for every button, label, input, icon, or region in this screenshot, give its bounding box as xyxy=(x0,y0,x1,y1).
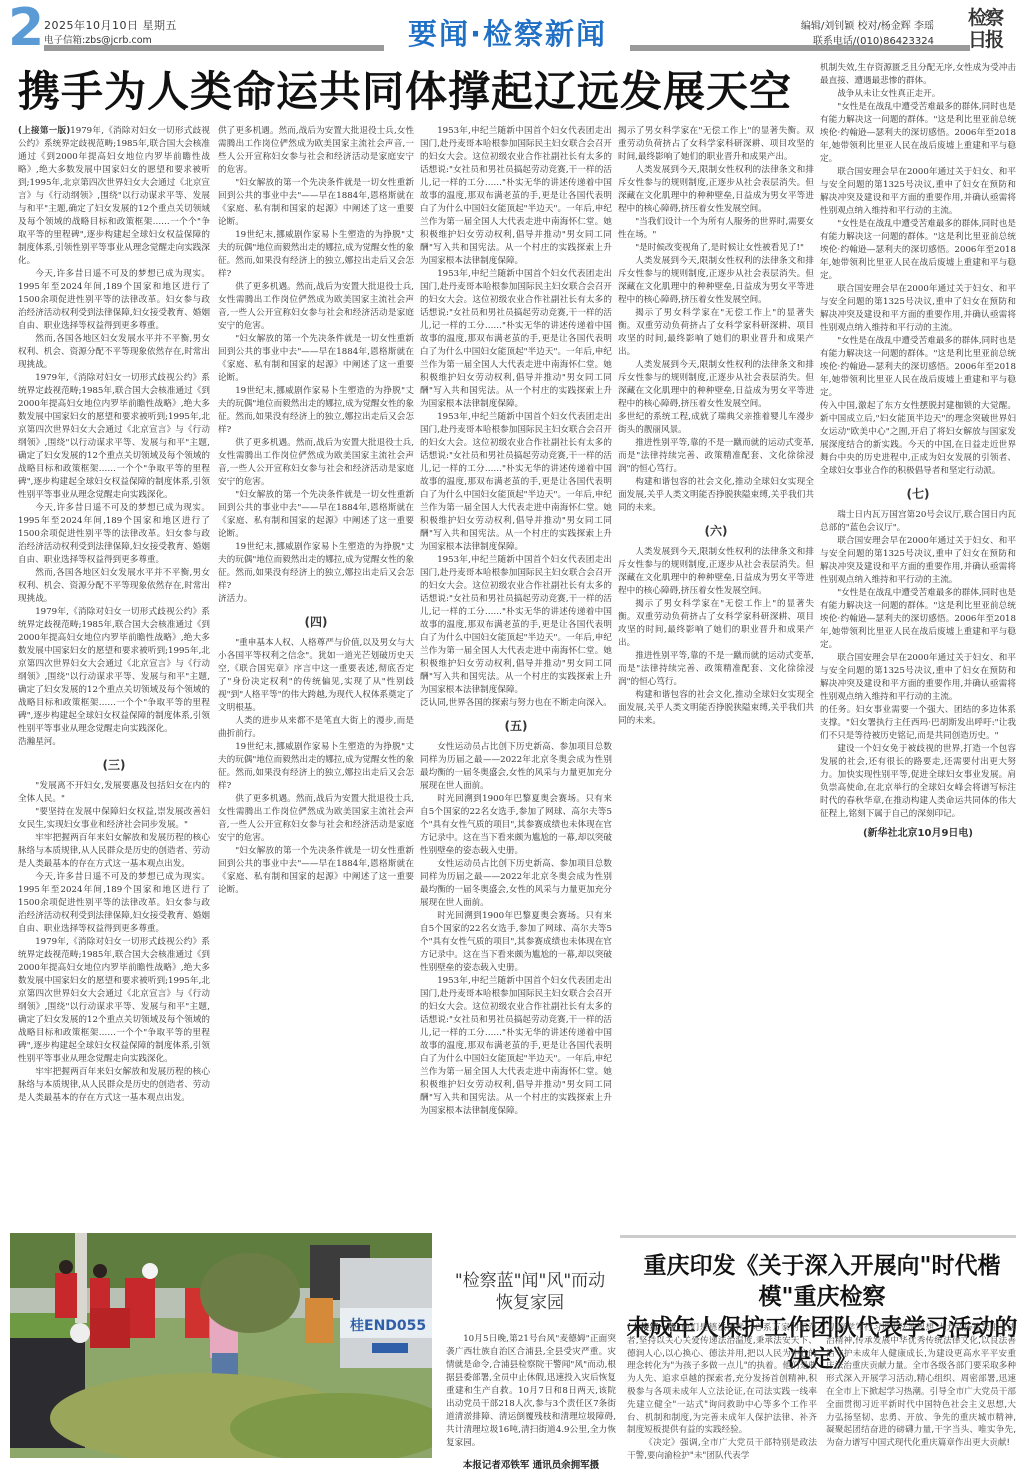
photo-story-body: 10月5日晚,第21号台风"麦德姆"正面突袭广西壮族自治区合浦县,全县受灾严重。… xyxy=(446,1333,616,1450)
paragraph: "女性是在战乱中遭受苦难最多的群体,同时也是有能力解决这一问题的群体。"这是利比… xyxy=(820,335,1016,400)
paragraph: 建设一个妇女免于被歧视的世界,打造一个包容发展的社会,还有很长的路要走,还需要付… xyxy=(820,743,1016,821)
paragraph: 机制失效,生存资源匮乏且分配无序,女性成为受冲击最直接、遭遇最悲惨的群体。 xyxy=(820,62,1016,88)
paragraph: 牢牢把握两百年来妇女解放和发展历程的核心脉络与本质规律,从人民群众是历史的创造者… xyxy=(18,1066,210,1105)
paragraph: "是时候改变视角了,是时候让女性被看见了!" xyxy=(618,242,814,255)
paragraph: 战争从未让女性真正走开。 xyxy=(820,88,1016,101)
paragraph: 1953年,申纪兰随新中国首个妇女代表团走出国门,赴丹麦哥本哈根参加国际民主妇女… xyxy=(420,975,612,1118)
paragraph: "女性是在战乱中遭受苦难最多的群体,同时也是有能力解决这一问题的群体。"这是利比… xyxy=(820,101,1016,166)
email-address: 电子信箱:zbs@jcrb.com xyxy=(44,32,152,46)
paragraph: 19世纪末,挪威剧作家易卜生塑造的为挣脱"丈夫的玩偶"地位而毅然出走的娜拉,成为… xyxy=(218,741,414,793)
paragraph: 1953年,申纪兰随新中国首个妇女代表团走出国门,赴丹麦哥本哈根参加国际民主妇女… xyxy=(420,125,612,268)
paragraph: 联合国安理会早在2000年通过关于妇女、和平与安全问题的第1325号决议,重申了… xyxy=(820,166,1016,218)
paragraph: 人类发展到今天,限制女性权利的法律条文和排斥女性参与的规则制度,正逐步从社会表层… xyxy=(618,359,814,411)
paragraph: 1979年,《消除对妇女一切形式歧视公约》系统界定歧视范畴;1985年,联合国大… xyxy=(18,372,210,502)
photo-illustration-icon: 桂END055 xyxy=(10,1233,432,1458)
paragraph: 浩瀚星河。 xyxy=(18,736,210,749)
paragraph: 供了更多机遇。然而,战后为安置大批退役士兵,女性需腾出工作岗位俨然成为欧美国家主… xyxy=(218,125,414,177)
paragraph: 联合国安理会早在2000年通过关于妇女、和平与安全问题的第1325号决议,重申了… xyxy=(820,283,1016,335)
paragraph: 人类发展到今天,限制女性权利的法律条文和排斥女性参与的规则制度,正逐步从社会表层… xyxy=(618,255,814,307)
news-photo: 桂END055 xyxy=(10,1233,432,1458)
paragraph: 19世纪末,挪威剧作家易卜生塑造的为挣脱"丈夫的玩偶"地位而毅然出走的娜拉,成为… xyxy=(218,385,414,437)
continued-label: (上接第一版) xyxy=(18,126,70,136)
masthead: 2 2025年10月10日 星期五 电子信箱:zbs@jcrb.com 要闻·检… xyxy=(0,0,1024,56)
section-subhead-4: (四) xyxy=(218,616,414,629)
paragraph: 构建和谐包容的社会文化,推动全球妇女实现全面发展,关乎人类文明能否挣脱狭隘束缚,… xyxy=(618,476,814,515)
photo-byline: 本报记者邓铁军 通讯员余拥军摄 xyxy=(446,1457,616,1471)
continued-label: (上接第一版) xyxy=(627,1323,681,1333)
paragraph: "重申基本人权、人格尊严与价值,以及男女与大小各国平等权利之信念"。犹如一道光芒… xyxy=(218,637,414,715)
editor-credits: 编辑/刘钊颖 校对/杨金辉 李瑶 xyxy=(801,17,934,32)
paragraph: 时光回溯到1900年巴黎夏奥会赛场。只有来自5个国家的22名女选手,参加了网球、… xyxy=(420,793,612,858)
paragraph: 揭示了男女科学家在"无偿工作上"的显著失衡。双重劳动负荷挤占了女科学家科研深耕、… xyxy=(618,598,814,650)
logo-text: 检察日报 xyxy=(968,7,1002,51)
paragraph: 19世纪末,挪威剧作家易卜生塑造的为挣脱"丈夫的玩偶"地位而毅然出走的娜拉,成为… xyxy=(218,229,414,281)
section-subhead-6: (六) xyxy=(618,525,814,538)
dateline: (新华社北京10月9日电) xyxy=(820,827,1016,840)
paragraph: 人类发展到今天,限制女性权利的法律条文和排斥女性参与的规则制度,正逐步从社会表层… xyxy=(618,164,814,216)
paragraph: 联合国安理会早在2000年通过关于妇女、和平与安全问题的第1325号决议,重申了… xyxy=(820,652,1016,704)
paragraph: 瑞士日内瓦万国宫第20号会议厅,联合国日内瓦总部的"蓝色会议厅"。 xyxy=(820,509,1016,535)
article-column-5: 机制失效,生存资源匮乏且分配无序,女性成为受冲击最直接、遭遇最悲惨的群体。 战争… xyxy=(820,62,1016,1230)
photo-story-title-line2: 恢复家园 xyxy=(444,1292,616,1314)
paragraph: 10月5日晚,第21号台风"麦德姆"正面突袭广西壮族自治区合浦县,全县受灾严重。… xyxy=(446,1333,616,1450)
article-column-2: 供了更多机遇。然而,战后为安置大批退役士兵,女性需腾出工作岗位俨然成为欧美国家主… xyxy=(218,125,414,1225)
page-number: 2 xyxy=(8,2,44,54)
paragraph: 多世纪的系统工程,成就了瑞典父亲推着婴儿车漫步街头的靓丽风景。 xyxy=(618,411,814,437)
paragraph: "当我们设计一个为所有人服务的世界时,需要女性在场。" xyxy=(618,216,814,242)
issue-date: 2025年10月10日 星期五 xyxy=(44,17,177,33)
story2-column-1: (上接第一版)他们是德法相伴、心系万家的示范者,坚持以关心关爱传递法治温度,秉承… xyxy=(627,1322,817,1463)
paragraph: 供了更多机遇。然而,战后为安置大批退役士兵,女性需腾出工作岗位俨然成为欧美国家主… xyxy=(218,793,414,845)
section-divider xyxy=(620,1235,1016,1238)
paragraph: 供了更多机遇。然而,战后为安置大批退役士兵,女性需腾出工作岗位俨然成为欧美国家主… xyxy=(218,437,414,489)
svg-text:桂END055: 桂END055 xyxy=(350,1317,426,1334)
paragraph: 人类发展到今天,限制女性权利的法律条文和排斥女性参与的规则制度,正逐步从社会表层… xyxy=(618,546,814,598)
paragraph: 济活力。 xyxy=(218,593,414,606)
paragraph: 的任务。妇女事业需要一个强大、团结的多边体系支撑。"妇女署执行主任西玛·巴胡斯发… xyxy=(820,704,1016,743)
section-subhead-3: (三) xyxy=(18,759,210,772)
paragraph: 传入中国,激起了东方女性摆脱封建枷锁的大觉醒。新中国成立后,"妇女能顶半边天"的… xyxy=(820,400,1016,478)
paragraph: 今天,许多昔日遥不可及的梦想已成为现实。1995年至2024年间,189个国家和… xyxy=(18,502,210,567)
paragraph: 1953年,申纪兰随新中国首个妇女代表团走出国门,赴丹麦哥本哈根参加国际民主妇女… xyxy=(420,268,612,411)
paragraph: 然而,各国各地区妇女发展水平并不平衡,男女权利、机会、资源分配不平等现象依然存在… xyxy=(18,567,210,606)
article-column-3: 1953年,申纪兰随新中国首个妇女代表团走出国门,赴丹麦哥本哈根参加国际民主妇女… xyxy=(420,125,612,1225)
paragraph: (上接第一版)他们是德法相伴、心系万家的示范者,坚持以关心关爱传递法治温度,秉承… xyxy=(627,1322,817,1437)
paragraph: 牢牢把握两百年来妇女解放和发展历程的核心脉络与本质规律,从人民群众是历史的创造者… xyxy=(18,832,210,871)
paragraph: (上接第一版)1979年,《消除对妇女一切形式歧视公约》系统界定歧视范畴;198… xyxy=(18,125,210,268)
paragraph: 《决定》强调,全市广大党员干部特别是政法干警,要向渝检护"未"团队代表学 xyxy=(627,1437,817,1463)
section-title: 要闻·检察新闻 xyxy=(385,12,630,53)
paragraph: 推进性别平等,靠的不是一蹴而就的运动式变革,而是"法律持续完善、政策精准配套、文… xyxy=(618,437,814,476)
main-headline: 携手为人类命运共同体撑起辽远发展天空 xyxy=(18,64,818,120)
paragraph: "妇女解放的第一个先决条件就是一切女性重新回到公共的事业中去"——早在1884年… xyxy=(218,845,414,897)
paragraph: "女性是在战乱中遭受苦难最多的群体,同时也是有能力解决这一问题的群体。"这是利比… xyxy=(820,587,1016,652)
paragraph: 女性运动员占比创下历史新高、参加项目总数同样为历届之最——2022年北京冬奥会成… xyxy=(420,858,612,910)
paragraph: 1953年,申纪兰随新中国首个妇女代表团走出国门,赴丹麦哥本哈根参加国际民主妇女… xyxy=(420,411,612,554)
paragraph: 今天,许多昔日遥不可及的梦想已成为现实。1995年至2024年间,189个国家和… xyxy=(18,268,210,333)
paragraph: 女性运动员占比创下历史新高、参加项目总数同样为历届之最——2022年北京冬奥会成… xyxy=(420,741,612,793)
photo-story-title-line1: "检察蓝"闻"风"而动 xyxy=(444,1270,616,1292)
paragraph: "女性是在战乱中遭受苦难最多的群体,同时也是有能力解决这一问题的群体。"这是利比… xyxy=(820,218,1016,283)
article-column-4: 揭示了男女科学家在"无偿工作上"的显著失衡。双重劳动负荷挤占了女科学家科研深耕、… xyxy=(618,125,814,1225)
newspaper-logo-icon: 检察日报 xyxy=(968,7,1018,55)
paragraph: "要坚持在发展中保障妇女权益,崇发展改善妇女民生,实现妇女事业和经济社会同步发展… xyxy=(18,806,210,832)
paragraph: "发展离不开妇女,发展要惠及包括妇女在内的全体人民。" xyxy=(18,780,210,806)
paragraph: 今天,许多昔日遥不可及的梦想已成为现实。1995年至2024年间,189个国家和… xyxy=(18,871,210,936)
paragraph: 供了更多机遇。然而,战后为安置大批退役士兵,女性需腾出工作岗位俨然成为欧美国家主… xyxy=(218,281,414,333)
paragraph: "妇女解放的第一个先决条件就是一切女性重新回到公共的事业中去"——早在1884年… xyxy=(218,489,414,541)
story2-headline-line1: 重庆印发《关于深入开展向"时代楷模"重庆检察 xyxy=(626,1250,1018,1312)
paragraph: "妇女解放的第一个先决条件就是一切女性重新回到公共的事业中去"——早在1884年… xyxy=(218,177,414,229)
article-column-1: (上接第一版)1979年,《消除对妇女一切形式歧视公约》系统界定歧视范畴;198… xyxy=(18,125,210,1225)
paragraph: 人类的进步从来都不是笔直大街上的漫步,而是曲折前行。 xyxy=(218,715,414,741)
photo-story-title: "检察蓝"闻"风"而动 恢复家园 xyxy=(444,1270,616,1314)
paragraph: 揭示了男女科学家在"无偿工作上"的显著失衡。双重劳动负荷挤占了女科学家科研深耕、… xyxy=(618,125,814,164)
contact-phone: 联系电话/(010)86423324 xyxy=(813,32,934,47)
paragraph: 泛认同,世界各国的探索与努力也在不断走向深入。 xyxy=(420,697,612,710)
header-rule-left xyxy=(44,45,384,51)
paragraph: 推进性别平等,靠的不是一蹴而就的运动式变革,而是"法律持续完善、政策精准配套、文… xyxy=(618,650,814,689)
story2-column-2: 习,深学笃行习近平法治思想,大力弘扬社会主义法治精神,传承发展中华优秀传统法律文… xyxy=(826,1322,1016,1450)
paragraph: 揭示了男女科学家在"无偿工作上"的显著失衡。双重劳动负荷挤占了女科学家科研深耕、… xyxy=(618,307,814,359)
paragraph: 1979年,《消除对妇女一切形式歧视公约》系统界定歧视范畴;1985年,联合国大… xyxy=(18,606,210,736)
paragraph: 19世纪末,挪威剧作家易卜生塑造的为挣脱"丈夫的玩偶"地位而毅然出走的娜拉,成为… xyxy=(218,541,414,593)
paragraph: 习,深学笃行习近平法治思想,大力弘扬社会主义法治精神,传承发展中华优秀传统法律文… xyxy=(826,1322,1016,1450)
paragraph: 1953年,申纪兰随新中国首个妇女代表团走出国门,赴丹麦哥本哈根参加国际民主妇女… xyxy=(420,554,612,697)
section-subhead-5: (五) xyxy=(420,720,612,733)
paragraph: "妇女解放的第一个先决条件就是一切女性重新回到公共的事业中去"——早在1884年… xyxy=(218,333,414,385)
paragraph: 构建和谐包容的社会文化,推动全球妇女实现全面发展,关乎人类文明能否挣脱狭隘束缚,… xyxy=(618,689,814,728)
paragraph: 1979年,《消除对妇女一切形式歧视公约》系统界定歧视范畴;1985年,联合国大… xyxy=(18,936,210,1066)
paragraph: 时光回溯到1900年巴黎夏奥会赛场。只有来自5个国家的22名女选手,参加了网球、… xyxy=(420,910,612,975)
section-subhead-7: (七) xyxy=(820,488,1016,501)
paragraph: 然而,各国各地区妇女发展水平并不平衡,男女权利、机会、资源分配不平等现象依然存在… xyxy=(18,333,210,372)
paragraph: 联合国安理会早在2000年通过关于妇女、和平与安全问题的第1325号决议,重申了… xyxy=(820,535,1016,587)
